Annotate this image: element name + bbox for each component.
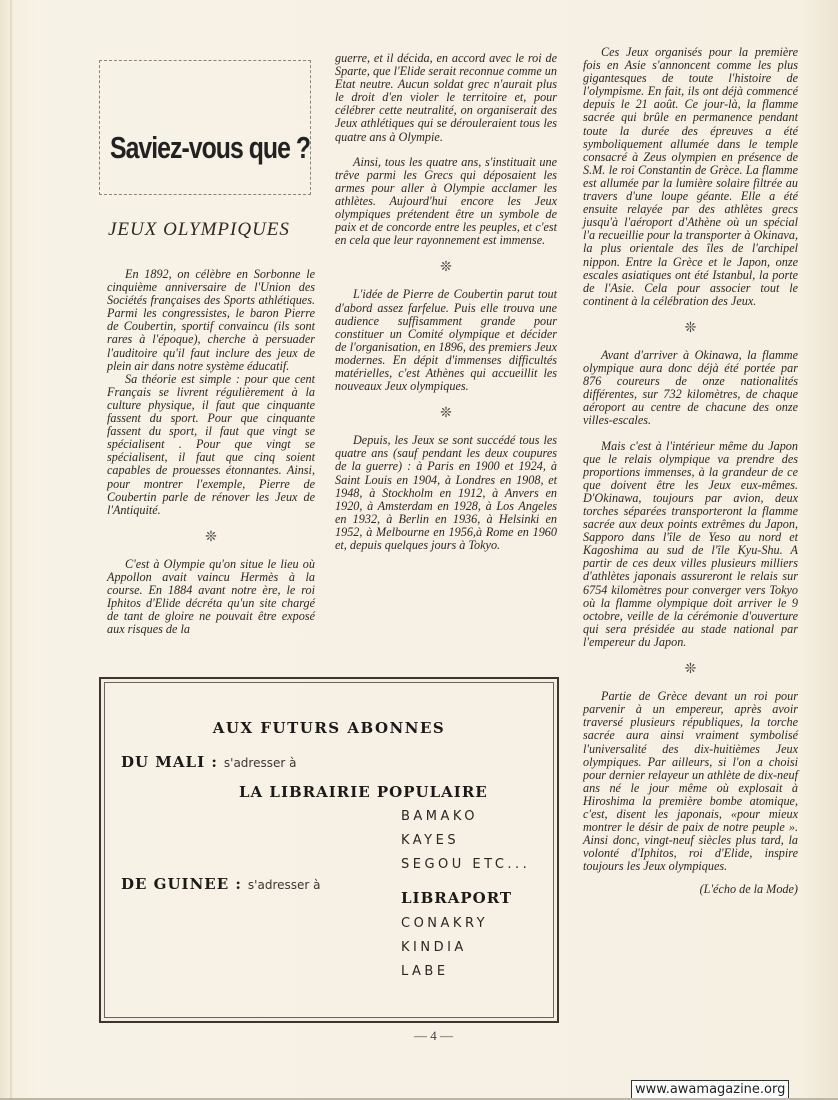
page-number: — 4 — xyxy=(414,1028,453,1044)
mali-label: DU MALI : xyxy=(121,753,218,771)
paragraph: L'idée de Pierre de Coubertin parut tout… xyxy=(335,288,557,393)
subscription-advert: AUX FUTURS ABONNES DU MALI :s'adresser à… xyxy=(99,677,559,1023)
advert-heading: AUX FUTURS ABONNES xyxy=(101,719,557,737)
guinee-shop: LIBRAPORT xyxy=(401,889,512,907)
watermark-link[interactable]: www.awamagazine.org xyxy=(631,1080,789,1099)
guinee-city: CONAKRY xyxy=(401,916,488,931)
guinee-line: DE GUINEE :s'adresser à xyxy=(121,875,320,893)
paragraph: Ces Jeux organisés pour la première fois… xyxy=(583,46,798,308)
separator-star-icon: ❊ xyxy=(583,663,798,676)
article-column-2: guerre, et il décida, en accord avec le … xyxy=(335,52,557,552)
guinee-instruction: s'adresser à xyxy=(248,878,321,892)
paragraph: Sa théorie est simple : pour que cent Fr… xyxy=(107,373,315,517)
paragraph: Mais c'est à l'intérieur même du Japon q… xyxy=(583,440,798,650)
guinee-label: DE GUINEE : xyxy=(121,875,242,893)
separator-star-icon: ❊ xyxy=(335,407,557,420)
paragraph: C'est à Olympie qu'on situe le lieu où A… xyxy=(107,558,315,637)
paragraph: Partie de Grèce devant un roi pour parve… xyxy=(583,690,798,873)
mali-line: DU MALI :s'adresser à xyxy=(121,753,296,771)
article-column-1: En 1892, on célèbre en Sorbonne le cinqu… xyxy=(107,268,315,636)
paragraph: guerre, et il décida, en accord avec le … xyxy=(335,52,557,144)
guinee-city: KINDIA xyxy=(401,940,467,955)
magazine-page: Saviez-vous que ? JEUX OLYMPIQUES En 189… xyxy=(0,0,838,1100)
mali-instruction: s'adresser à xyxy=(224,756,297,770)
source-credit: (L'écho de la Mode) xyxy=(583,883,798,896)
paragraph: Ainsi, tous les quatre ans, s'instituait… xyxy=(335,156,557,248)
title-frame xyxy=(99,60,311,195)
mali-city: SEGOU ETC... xyxy=(401,857,530,872)
guinee-city: LABE xyxy=(401,964,449,979)
mali-shop: LA LIBRAIRIE POPULAIRE xyxy=(239,783,488,801)
page-title: Saviez-vous que ? xyxy=(110,130,278,166)
page-fold-shadow xyxy=(10,0,12,1100)
paragraph: Depuis, les Jeux se sont succédé tous le… xyxy=(335,434,557,552)
separator-star-icon: ❊ xyxy=(335,261,557,274)
mali-city: BAMAKO xyxy=(401,809,478,824)
separator-star-icon: ❊ xyxy=(107,531,315,544)
article-column-3: Ces Jeux organisés pour la première fois… xyxy=(583,46,798,897)
mali-city: KAYES xyxy=(401,833,459,848)
paragraph: En 1892, on célèbre en Sorbonne le cinqu… xyxy=(107,268,315,373)
section-heading: JEUX OLYMPIQUES xyxy=(108,219,290,241)
separator-star-icon: ❊ xyxy=(583,322,798,335)
paragraph: Avant d'arriver à Okinawa, la flamme oly… xyxy=(583,349,798,428)
